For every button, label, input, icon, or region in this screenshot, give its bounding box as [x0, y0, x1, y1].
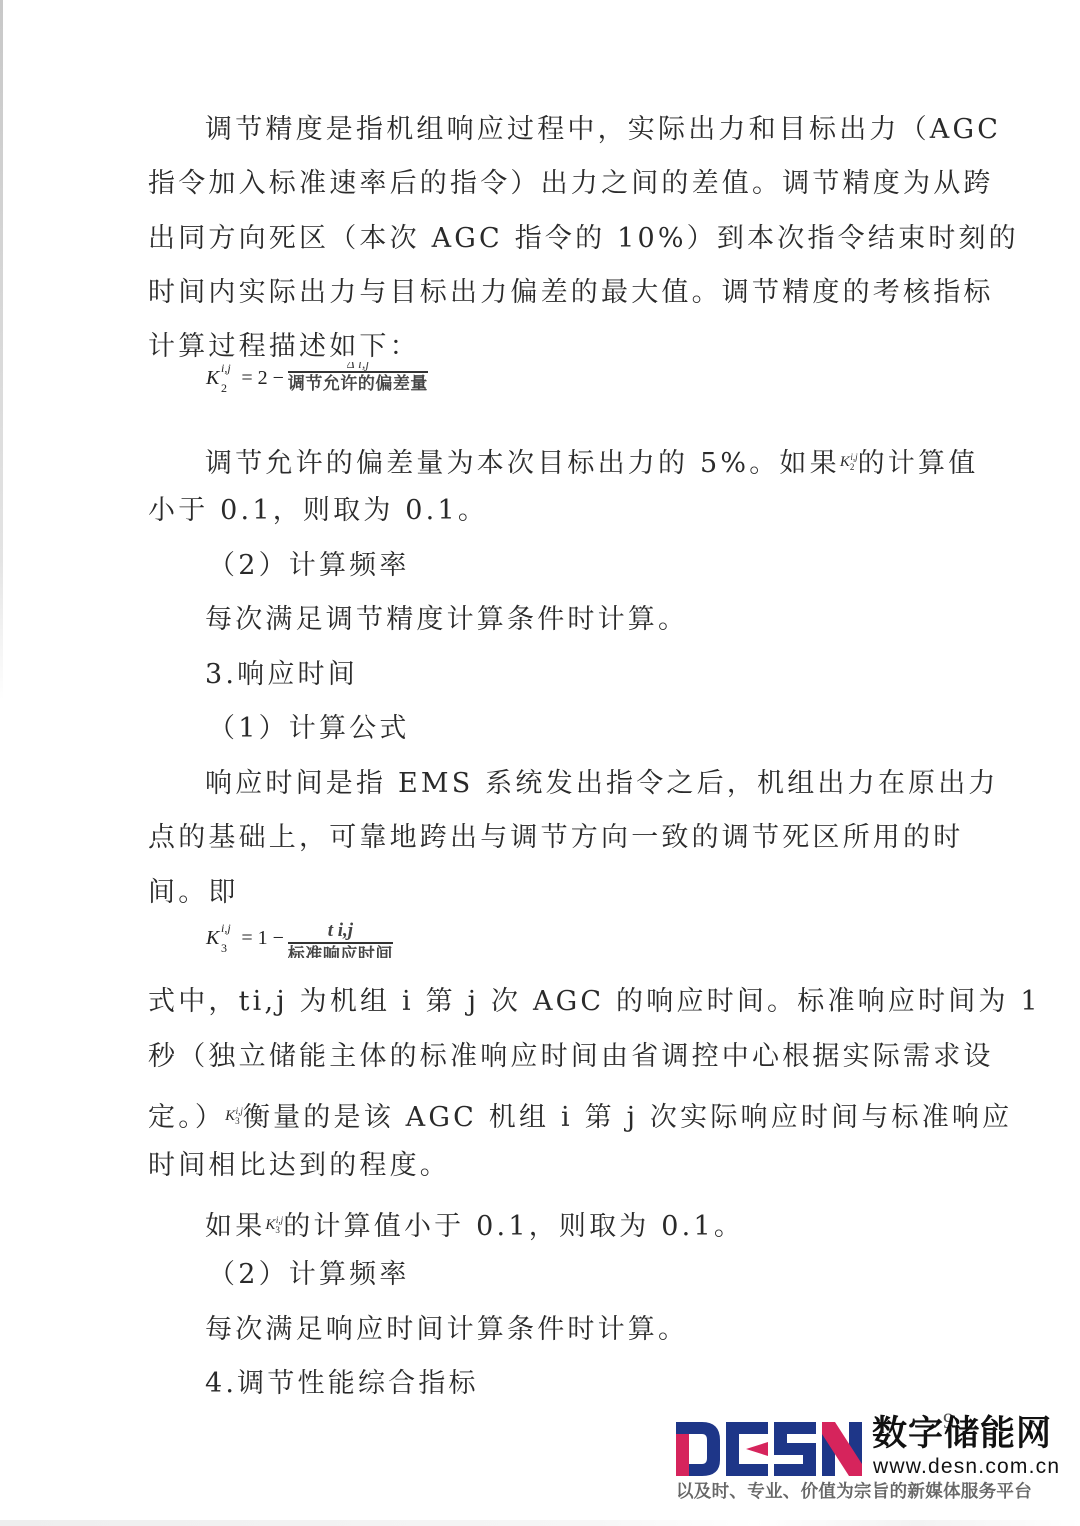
paragraph-line: 出同方向死区（本次 AGC 指令的 10%）到本次指令结束时刻的	[148, 222, 954, 256]
section-heading-performance-index: 4.调节性能综合指标	[205, 1367, 479, 1401]
formula-denominator: 调节允许的偏差量	[288, 373, 428, 395]
inline-k3-symbol: K3i,j	[265, 1217, 283, 1233]
scan-left-edge	[0, 0, 3, 700]
inline-k3-symbol: K3i,j	[225, 1108, 243, 1124]
paragraph-line: 计算过程描述如下：	[148, 330, 954, 364]
section-heading-response-time: 3.响应时间	[205, 658, 358, 692]
formula-symbol: K i,j 2	[206, 367, 219, 390]
paragraph-line: 时间内实际出力与目标出力偏差的最大值。调节精度的考核指标	[148, 276, 954, 310]
formula-fraction: Δ i,j 调节允许的偏差量	[288, 362, 428, 395]
formula-k3: K i,j 3 = 1 − t i,j 标准响应时间	[206, 920, 393, 958]
formula-expression: = 2 −	[241, 367, 284, 390]
formula-k2: K i,j 2 = 2 − Δ i,j 调节允许的偏差量	[206, 362, 428, 395]
subheading-calc-frequency: （2）计算频率	[208, 549, 410, 583]
desn-logo-icon	[676, 1420, 862, 1478]
paragraph-line: 小于 0.1，则取为 0.1。	[148, 494, 954, 528]
paragraph-line: 每次满足调节精度计算条件时计算。	[205, 603, 954, 637]
subheading-calc-formula: （1）计算公式	[208, 712, 410, 746]
scan-bottom-edge	[0, 1520, 1080, 1526]
formula-denominator: 标准响应时间	[288, 944, 393, 958]
formula-symbol: K i,j 3	[206, 927, 219, 950]
formula-fraction: t i,j 标准响应时间	[288, 920, 393, 958]
paragraph-line: 响应时间是指 EMS 系统发出指令之后，机组出力在原出力	[205, 767, 954, 801]
paragraph-line: 每次满足响应时间计算条件时计算。	[205, 1313, 954, 1347]
subheading-calc-frequency: （2）计算频率	[208, 1258, 410, 1292]
formula-expression: = 1 −	[241, 927, 284, 950]
site-slogan: 以及时、专业、价值为宗旨的新媒体服务平台	[676, 1481, 1032, 1503]
paragraph-line: 时间相比达到的程度。	[148, 1149, 954, 1183]
paragraph-line: 式中，ti,j 为机组 i 第 j 次 AGC 的响应时间。标准响应时间为 1	[148, 985, 954, 1019]
formula-numerator: t i,j	[328, 920, 353, 942]
site-name: 数字储能网	[872, 1414, 1052, 1454]
site-url: www.desn.com.cn	[873, 1456, 1060, 1478]
paragraph-line: 指令加入标准速率后的指令）出力之间的差值。调节精度为从跨	[148, 167, 954, 201]
inline-k2-symbol: K2i,j	[840, 454, 858, 470]
paragraph-line: 秒（独立储能主体的标准响应时间由省调控中心根据实际需求设	[148, 1040, 954, 1074]
formula-numerator: Δ i,j	[347, 362, 370, 371]
paragraph-line: 定。）K3i,j衡量的是该 AGC 机组 i 第 j 次实际响应时间与标准响应	[148, 1094, 954, 1128]
paragraph-line: 点的基础上，可靠地跨出与调节方向一致的调节死区所用的时	[148, 821, 954, 855]
paragraph-line: 间。即	[148, 876, 954, 910]
desn-watermark-logo: 数字储能网 www.desn.com.cn 以及时、专业、价值为宗旨的新媒体服务…	[676, 1414, 1066, 1504]
paragraph-line: 调节允许的偏差量为本次目标出力的 5%。如果K2i,j的计算值	[205, 440, 954, 474]
paragraph-line: 如果K3i,j的计算值小于 0.1，则取为 0.1。	[205, 1203, 954, 1237]
paragraph-line: 调节精度是指机组响应过程中，实际出力和目标出力（AGC	[205, 113, 954, 147]
